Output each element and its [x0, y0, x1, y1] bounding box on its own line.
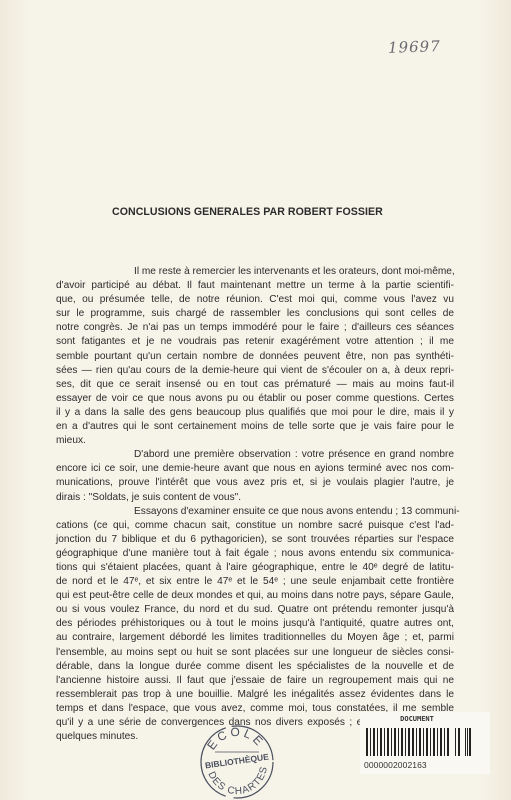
stamp-circle-icon: ECOLE BIBLIOTHÈQUE DES CHARTES [197, 722, 277, 800]
text-line: tions qui s'étaient placées, quant à l'a… [56, 561, 454, 575]
text-line: semble pourtant qu'un certain nombre de … [56, 350, 454, 364]
text-line: géographique d'une manière tout à fait é… [56, 547, 454, 561]
text-line: D'abord une première observation : votre… [56, 448, 454, 462]
barcode-icon [364, 728, 474, 756]
text-line: munications, prouve l'intérêt que vous a… [56, 476, 454, 490]
text-line: essayer de voir ce que nous avons pu ou … [56, 392, 454, 406]
text-line: jonction du 7 biblique et du 6 pythagori… [56, 533, 454, 547]
body-text: Il me reste à remercier les intervenants… [56, 265, 454, 744]
text-line: sées — rien qu'au cours de la demie-heur… [56, 364, 454, 378]
stamp-bottom-text: DES CHARTES [205, 765, 270, 797]
text-line: notre congrès. Je n'ai pas un temps immo… [56, 321, 454, 335]
text-line: de nord et le 47ᵉ, et six entre le 47ᵉ e… [56, 575, 454, 589]
text-line: l'ancienne histoire aussi. Il faut que j… [56, 674, 454, 688]
svg-text:ECOLE: ECOLE [204, 725, 267, 753]
text-line: sur le programme, suis chargé de rassemb… [56, 307, 454, 321]
barcode-label: DOCUMENT [360, 712, 490, 774]
text-line: d'avoir participé au débat. Il faut main… [56, 279, 454, 293]
document-title: CONCLUSIONS GENERALES PAR ROBERT FOSSIER [112, 206, 412, 218]
paragraph-3: Essayons d'examiner ensuite ce que nous … [56, 505, 454, 745]
paragraph-1: Il me reste à remercier les intervenants… [56, 265, 454, 448]
text-line: dirais : "Soldats, je suis content de vo… [56, 491, 454, 505]
text-line: ses, dit que ce serait insensé ou en tou… [56, 378, 454, 392]
text-line: Il me reste à remercier les intervenants… [56, 265, 454, 279]
text-line: Essayons d'examiner ensuite ce que nous … [56, 505, 454, 519]
text-line: mieux. [56, 434, 454, 448]
paragraph-2: D'abord une première observation : votre… [56, 448, 454, 504]
text-line: cations (ce qui, comme chacun sait, cons… [56, 519, 454, 533]
text-line: en a d'autres qui le sont certainement m… [56, 420, 454, 434]
document-page: 19697 CONCLUSIONS GENERALES PAR ROBERT F… [0, 0, 511, 800]
stamp-top-text: ECOLE [204, 725, 267, 753]
text-line: au contraire, largement débordé les limi… [56, 631, 454, 645]
text-line: qui est peut-être celle de deux mondes e… [56, 589, 454, 603]
text-line: il y a dans la salle des gens beaucoup p… [56, 406, 454, 420]
text-line: des périodes préhistoriques ou à tout le… [56, 617, 454, 631]
handwritten-reference-number: 19697 [388, 37, 441, 57]
text-line: sont fatigantes et je ne voudrais pas re… [56, 335, 454, 349]
text-line: dérable, dans la longue durée comme dise… [56, 660, 454, 674]
library-stamp: ECOLE BIBLIOTHÈQUE DES CHARTES [197, 722, 277, 800]
text-line: encore ici ce soir, une demie-heure avan… [56, 462, 454, 476]
barcode-label-title: DOCUMENT [352, 715, 482, 723]
text-line: l'ensemble, au moins sept ou huit se son… [56, 646, 454, 660]
svg-text:DES CHARTES: DES CHARTES [205, 765, 270, 797]
text-line: ressemblerait pas trop à une bouillie. M… [56, 688, 454, 702]
text-line: ou si vous voulez France, du nord et du … [56, 603, 454, 617]
barcode-number: 0000002002163 [364, 760, 427, 770]
text-line: que, ou présumée telle, de notre réunion… [56, 293, 454, 307]
